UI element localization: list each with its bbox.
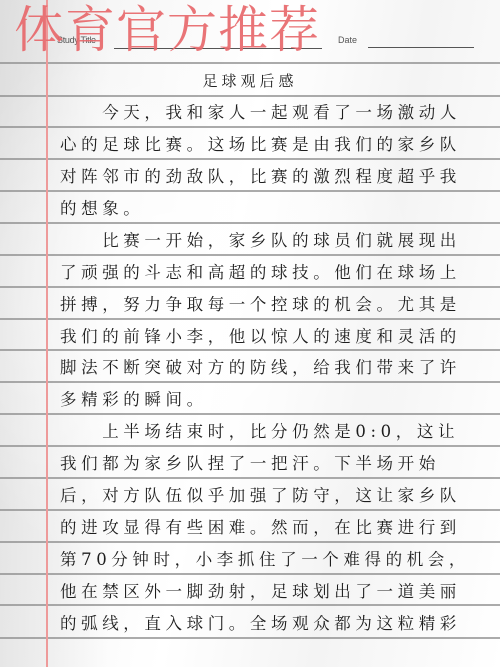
ruled-line (0, 158, 500, 160)
ruled-line (0, 477, 500, 479)
essay-line: 的想象。 (60, 199, 144, 219)
essay-line: 比赛一开始，家乡队的球员们就展现出 (60, 231, 461, 251)
ruled-line (0, 541, 500, 543)
ruled-line (0, 222, 500, 224)
essay-title: 足球观后感 (0, 70, 500, 91)
watermark-text: 体育官方推荐 (14, 0, 320, 60)
essay-line: 的进攻显得有些困难。然而，在比赛进行到 (60, 518, 461, 538)
essay-line: 第70分钟时，小李抓住了一个难得的机会， (60, 550, 470, 570)
essay-line: 心的足球比赛。这场比赛是由我们的家乡队 (60, 135, 461, 155)
ruled-line (0, 62, 500, 64)
essay-line: 了顽强的斗志和高超的球技。他们在球场上 (60, 263, 461, 283)
ruled-line (0, 95, 500, 97)
ruled-line (0, 254, 500, 256)
essay-line: 今天，我和家人一起观看了一场激动人 (60, 103, 461, 123)
essay-line: 多精彩的瞬间。 (60, 390, 208, 410)
ruled-line (0, 318, 500, 320)
essay-line: 他在禁区外一脚劲射，足球划出了一道美丽 (60, 582, 461, 602)
essay-line: 的弧线，直入球门。全场观众都为这粒精彩 (60, 614, 461, 634)
essay-line: 上半场结束时，比分仍然是0:0，这让 (60, 422, 459, 442)
ruled-line (0, 445, 500, 447)
ruled-line (0, 126, 500, 128)
ruled-line (0, 190, 500, 192)
essay-line: 拼搏，努力争取每一个控球的机会。尤其是 (60, 295, 461, 315)
essay-line: 后，对方队伍似乎加强了防守，这让家乡队 (60, 486, 461, 506)
margin-line (46, 0, 48, 667)
ruled-line (0, 381, 500, 383)
ruled-line (0, 509, 500, 511)
date-label: Date (338, 35, 357, 45)
essay-line: 脚法不断突破对方的防线，给我们带来了许 (60, 358, 461, 378)
ruled-line (0, 349, 500, 351)
date-underline (368, 47, 474, 48)
ruled-line (0, 286, 500, 288)
essay-line: 我们的前锋小李，他以惊人的速度和灵活的 (60, 327, 461, 347)
ruled-line (0, 413, 500, 415)
ruled-line (0, 604, 500, 606)
essay-line: 对阵邻市的劲敌队，比赛的激烈程度超乎我 (60, 167, 461, 187)
essay-line: 我们都为家乡队捏了一把汗。下半场开始 (60, 454, 440, 474)
ruled-line (0, 637, 500, 639)
ruled-line (0, 573, 500, 575)
